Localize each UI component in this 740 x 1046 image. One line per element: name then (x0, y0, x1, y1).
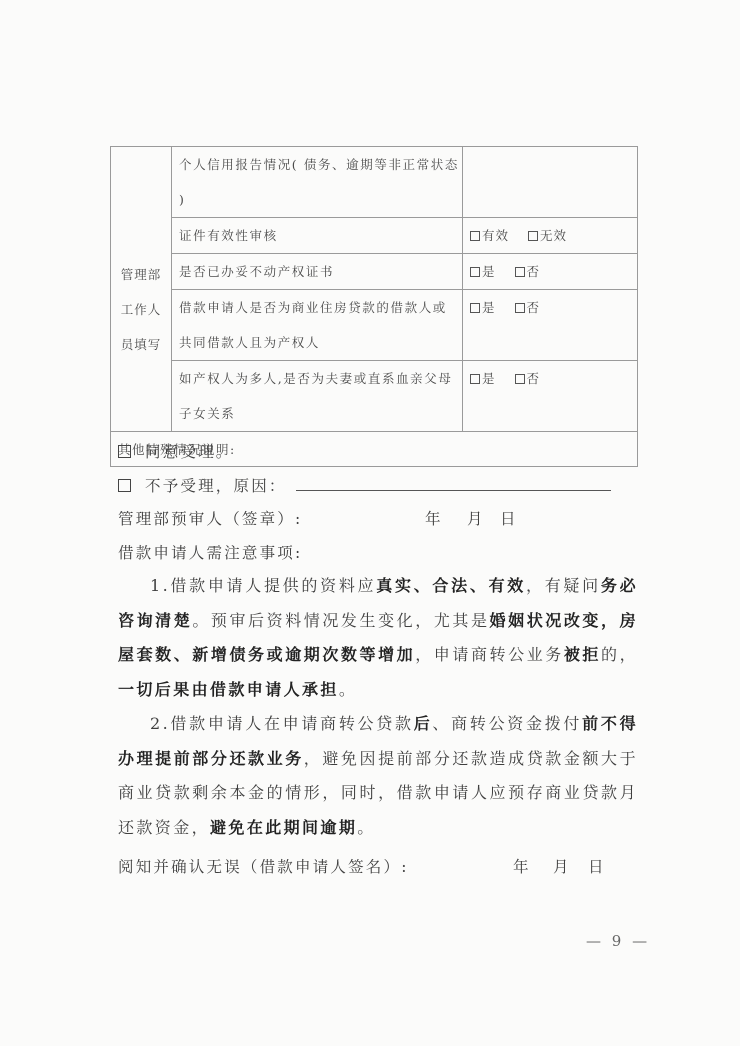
option-label: 否 (527, 264, 541, 279)
accept-label: 同意受理。 (145, 443, 234, 461)
emphasis-text: 被拒 (564, 645, 601, 664)
note-item-1-text: 1.借款申请人提供的资料应真实、合法、有效，有疑问务必咨询清楚。预审后资料情况发… (118, 576, 638, 699)
table-row-credit-report: 管理部 工作人 员填写 个人信用报告情况( 债务、逾期等非正常状态 ) (111, 147, 638, 218)
value-cell-credit-report[interactable] (463, 147, 638, 218)
item-text: 借款申请人是否为商业住房贷款的借款人或 (179, 290, 462, 325)
item-cell: 证件有效性审核 (172, 218, 463, 254)
note-item-1: 1.借款申请人提供的资料应真实、合法、有效，有疑问务必咨询清楚。预审后资料情况发… (118, 569, 638, 707)
item-text: 子女关系 (179, 396, 462, 431)
checkbox-icon[interactable] (470, 231, 480, 241)
body-text: 。 (357, 818, 375, 837)
item-cell: 如产权人为多人,是否为夫妻或直系血亲父母 子女关系 (172, 361, 463, 432)
reject-reason-blank[interactable] (296, 490, 611, 491)
emphasis-text: 真实、合法、有效 (376, 576, 526, 595)
item-cell: 个人信用报告情况( 债务、逾期等非正常状态 ) (172, 147, 463, 218)
pre-reviewer-month: 月 (467, 507, 483, 529)
document-page: 管理部 工作人 员填写 个人信用报告情况( 债务、逾期等非正常状态 ) 证件有效… (0, 0, 740, 1046)
option-label: 是 (482, 300, 496, 315)
item-cell: 借款申请人是否为商业住房贷款的借款人或 共同借款人且为产权人 (172, 290, 463, 361)
reject-line: 不予受理，原因： (118, 474, 287, 496)
pre-reviewer-label: 管理部预审人（签章）: (118, 507, 302, 529)
body-text: 。 (339, 680, 357, 699)
ack-day: 日 (588, 855, 604, 877)
accept-line: 同意受理。 (118, 440, 234, 462)
body-text: ，申请商转公业务 (415, 645, 564, 664)
body-text: 2.借款申请人在申请商转公贷款 (150, 714, 414, 733)
item-text: 共同借款人且为产权人 (179, 325, 462, 360)
reject-checkbox[interactable] (118, 479, 131, 492)
table-row-borrower-owner: 借款申请人是否为商业住房贷款的借款人或 共同借款人且为产权人 是 否 (111, 290, 638, 361)
checkbox-icon[interactable] (528, 231, 538, 241)
item-text: 如产权人为多人,是否为夫妻或直系血亲父母 (179, 361, 462, 396)
side-label-cell: 管理部 工作人 员填写 (111, 147, 172, 432)
option-valid[interactable]: 有效 (470, 218, 509, 253)
body-text: 1.借款申请人提供的资料应 (150, 576, 376, 595)
body-text: 。预审后资料情况发生变化，尤其是 (192, 611, 489, 630)
side-label-line: 工作人 (111, 292, 171, 327)
accept-checkbox[interactable] (118, 445, 131, 458)
checkbox-icon[interactable] (515, 374, 525, 384)
pre-reviewer-day: 日 (500, 507, 516, 529)
item-text: 是否已办妥不动产权证书 (179, 254, 462, 289)
ack-month: 月 (553, 855, 569, 877)
table-row-id-validity: 证件有效性审核 有效 无效 (111, 218, 638, 254)
checkbox-icon[interactable] (515, 267, 525, 277)
option-no[interactable]: 否 (515, 361, 541, 396)
option-label: 无效 (540, 228, 567, 243)
option-invalid[interactable]: 无效 (528, 218, 567, 253)
table-row-property-cert: 是否已办妥不动产权证书 是 否 (111, 254, 638, 290)
value-cell: 是 否 (463, 254, 638, 290)
reject-label: 不予受理，原因： (145, 477, 287, 495)
item-text: 证件有效性审核 (179, 218, 462, 253)
option-label: 否 (527, 300, 541, 315)
value-cell: 是 否 (463, 290, 638, 361)
emphasis-text: 避免在此期间逾期 (210, 818, 357, 837)
body-text: ，有疑问 (526, 576, 601, 595)
checkbox-icon[interactable] (470, 267, 480, 277)
body-text: 、商转公资金拨付 (432, 714, 582, 733)
body-text: 的， (601, 645, 638, 664)
emphasis-text: 一切后果由借款申请人承担 (118, 680, 339, 699)
pre-reviewer-year: 年 (425, 507, 441, 529)
notes-heading: 借款申请人需注意事项: (118, 541, 302, 563)
item-text: 个人信用报告情况( 债务、逾期等非正常状态 ) (179, 147, 462, 217)
checkbox-icon[interactable] (515, 303, 525, 313)
note-item-2-text: 2.借款申请人在申请商转公贷款后、商转公资金拨付前不得办理提前部分还款业务，避免… (118, 714, 638, 837)
option-no[interactable]: 否 (515, 290, 541, 325)
option-label: 有效 (482, 228, 509, 243)
value-cell: 有效 无效 (463, 218, 638, 254)
option-yes[interactable]: 是 (470, 290, 496, 325)
side-label-line: 员填写 (111, 327, 171, 362)
item-cell: 是否已办妥不动产权证书 (172, 254, 463, 290)
option-label: 是 (482, 371, 496, 386)
option-yes[interactable]: 是 (470, 254, 496, 289)
option-no[interactable]: 否 (515, 254, 541, 289)
emphasis-text: 后 (414, 714, 433, 733)
page-number: — 9 — (586, 932, 650, 950)
review-table: 管理部 工作人 员填写 个人信用报告情况( 债务、逾期等非正常状态 ) 证件有效… (110, 146, 638, 467)
value-cell: 是 否 (463, 361, 638, 432)
note-item-2: 2.借款申请人在申请商转公贷款后、商转公资金拨付前不得办理提前部分还款业务，避免… (118, 707, 638, 845)
option-label: 是 (482, 264, 496, 279)
table-row-multi-owner: 如产权人为多人,是否为夫妻或直系血亲父母 子女关系 是 否 (111, 361, 638, 432)
checkbox-icon[interactable] (470, 303, 480, 313)
side-label-line: 管理部 (111, 257, 171, 292)
option-label: 否 (527, 371, 541, 386)
ack-year: 年 (513, 855, 529, 877)
checkbox-icon[interactable] (470, 374, 480, 384)
option-yes[interactable]: 是 (470, 361, 496, 396)
acknowledgement-label: 阅知并确认无误（借款申请人签名）: (118, 855, 409, 877)
